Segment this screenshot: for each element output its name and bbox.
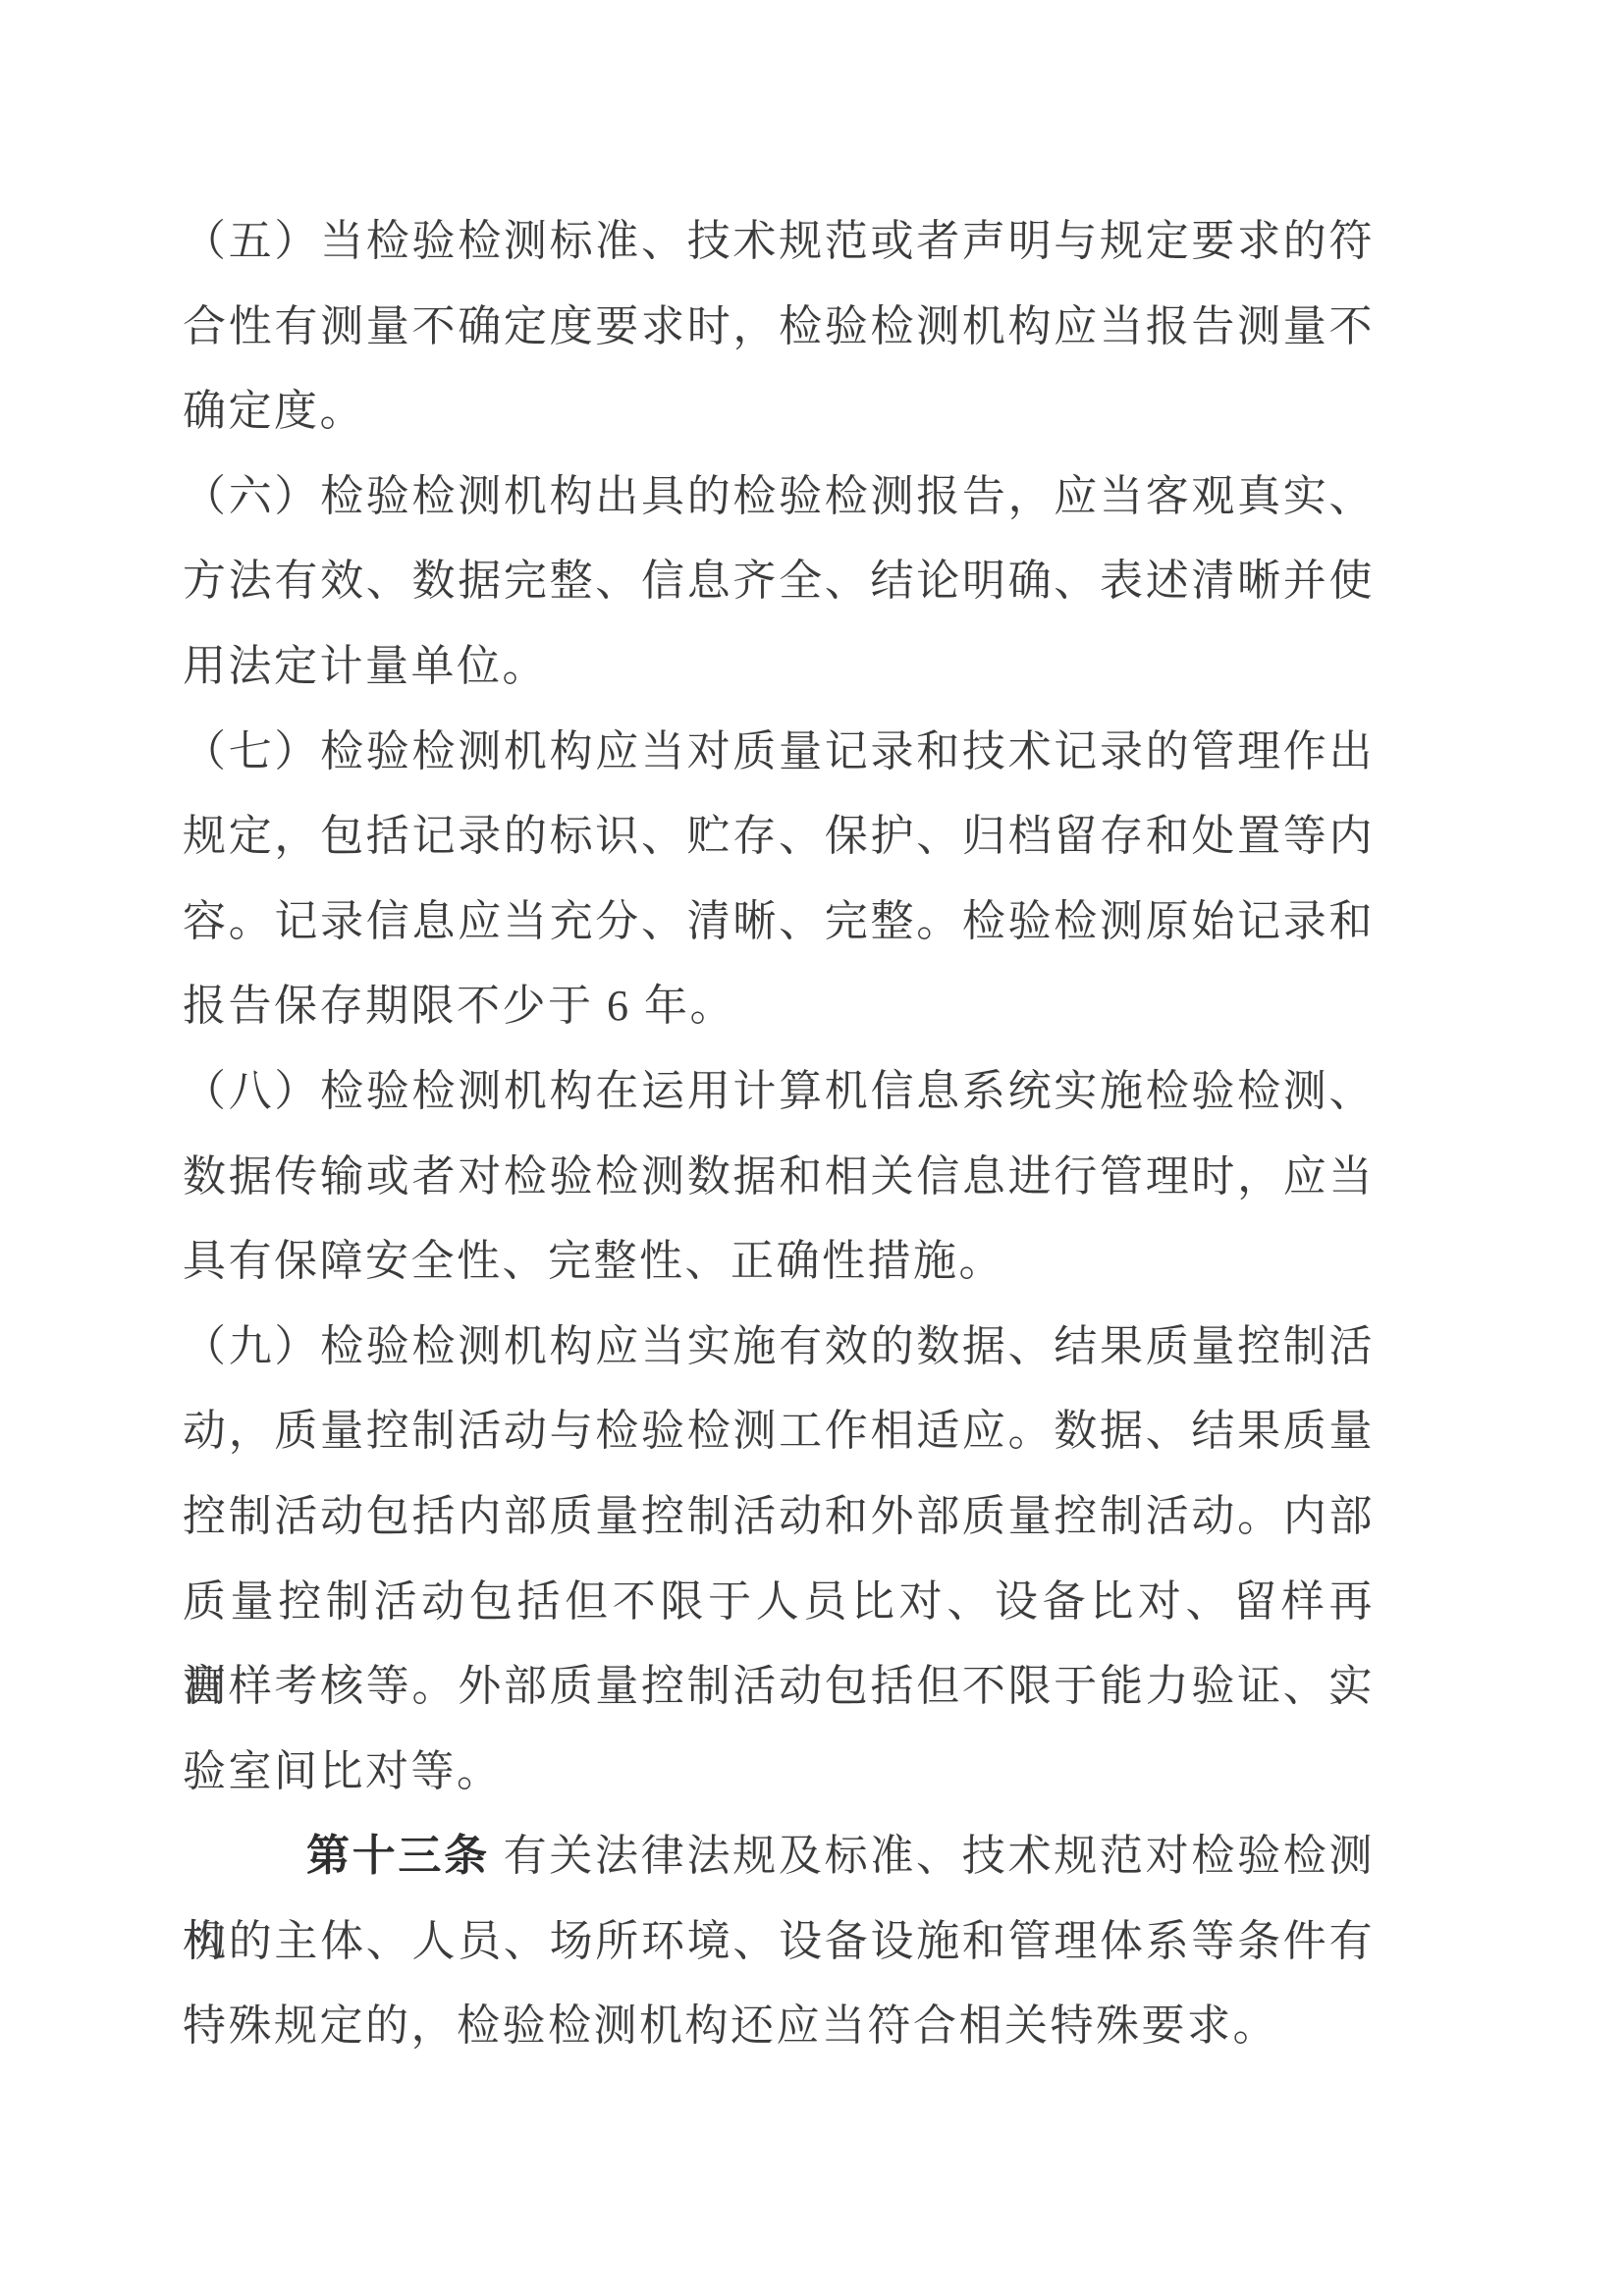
text-line: 质量控制活动包括但不限于人员比对、设备比对、留样再测、 [183,1560,1375,1645]
text-segment: 动，质量控制活动与检验检测工作相适应。数据、结果质量 [183,1407,1375,1455]
text-line: 特殊规定的，检验检测机构还应当符合相关特殊要求。 [183,1984,1375,2069]
text-line: 容。记录信息应当充分、清晰、完整。检验检测原始记录和 [183,880,1375,965]
text-line: 动，质量控制活动与检验检测工作相适应。数据、结果质量 [183,1389,1375,1474]
text-line: 验室间比对等。 [183,1730,1375,1815]
text-line: 第十三条 有关法律法规及标准、技术规范对检验检测机 [183,1814,1375,1899]
text-line: 盲样考核等。外部质量控制活动包括但不限于能力验证、实 [183,1644,1375,1730]
text-line: 用法定计量单位。 [183,624,1375,710]
text-line: （八）检验检测机构在运用计算机信息系统实施检验检测、 [183,1049,1375,1135]
text-line: （九）检验检测机构应当实施有效的数据、结果质量控制活 [183,1305,1375,1390]
text-segment: 方法有效、数据完整、信息齐全、结论明确、表述清晰并使 [183,557,1375,605]
text-line: （七）检验检测机构应当对质量记录和技术记录的管理作出 [183,710,1375,795]
text-segment: 容。记录信息应当充分、清晰、完整。检验检测原始记录和 [183,897,1375,945]
text-segment: （五）当检验检测标准、技术规范或者声明与规定要求的符 [183,217,1375,265]
document-body: （五）当检验检测标准、技术规范或者声明与规定要求的符合性有测量不确定度要求时，检… [183,199,1375,2069]
text-line: 控制活动包括内部质量控制活动和外部质量控制活动。内部 [183,1474,1375,1560]
text-segment: 验室间比对等。 [183,1747,503,1795]
text-line: 数据传输或者对检验检测数据和相关信息进行管理时，应当 [183,1135,1375,1220]
text-segment: 合性有测量不确定度要求时，检验检测机构应当报告测量不 [183,302,1375,350]
text-segment: 控制活动包括内部质量控制活动和外部质量控制活动。内部 [183,1492,1375,1540]
text-segment: （八）检验检测机构在运用计算机信息系统实施检验检测、 [183,1067,1375,1115]
text-segment: 确定度。 [183,387,365,435]
text-segment: （七）检验检测机构应当对质量记录和技术记录的管理作出 [183,727,1375,775]
document-page: （五）当检验检测标准、技术规范或者声明与规定要求的符合性有测量不确定度要求时，检… [0,0,1624,2296]
text-line: 方法有效、数据完整、信息齐全、结论明确、表述清晰并使 [183,539,1375,624]
text-line: 具有保障安全性、完整性、正确性措施。 [183,1219,1375,1305]
text-segment: 报告保存期限不少于 6 年。 [183,982,735,1030]
text-segment: （九）检验检测机构应当实施有效的数据、结果质量控制活 [183,1322,1375,1370]
text-segment: 盲样考核等。外部质量控制活动包括但不限于能力验证、实 [183,1662,1375,1710]
text-line: 报告保存期限不少于 6 年。 [183,964,1375,1049]
text-segment: 用法定计量单位。 [183,642,548,690]
text-line: 确定度。 [183,369,1375,454]
text-line: 规定，包括记录的标识、贮存、保护、归档留存和处置等内 [183,794,1375,880]
text-segment: 具有保障安全性、完整性、正确性措施。 [183,1237,1004,1285]
text-line: 合性有测量不确定度要求时，检验检测机构应当报告测量不 [183,285,1375,370]
text-line: （五）当检验检测标准、技术规范或者声明与规定要求的符 [183,199,1375,285]
text-segment: 规定，包括记录的标识、贮存、保护、归档留存和处置等内 [183,812,1375,860]
text-segment: 数据传输或者对检验检测数据和相关信息进行管理时，应当 [183,1152,1375,1201]
text-line: 构的主体、人员、场所环境、设备设施和管理体系等条件有 [183,1899,1375,1985]
text-segment: 特殊规定的，检验检测机构还应当符合相关特殊要求。 [183,2002,1278,2050]
text-line: （六）检验检测机构出具的检验检测报告，应当客观真实、 [183,454,1375,540]
text-segment: （六）检验检测机构出具的检验检测报告，应当客观真实、 [183,472,1375,520]
text-segment: 构的主体、人员、场所环境、设备设施和管理体系等条件有 [183,1917,1375,1965]
article-number-bold: 第十三条 [306,1832,490,1880]
